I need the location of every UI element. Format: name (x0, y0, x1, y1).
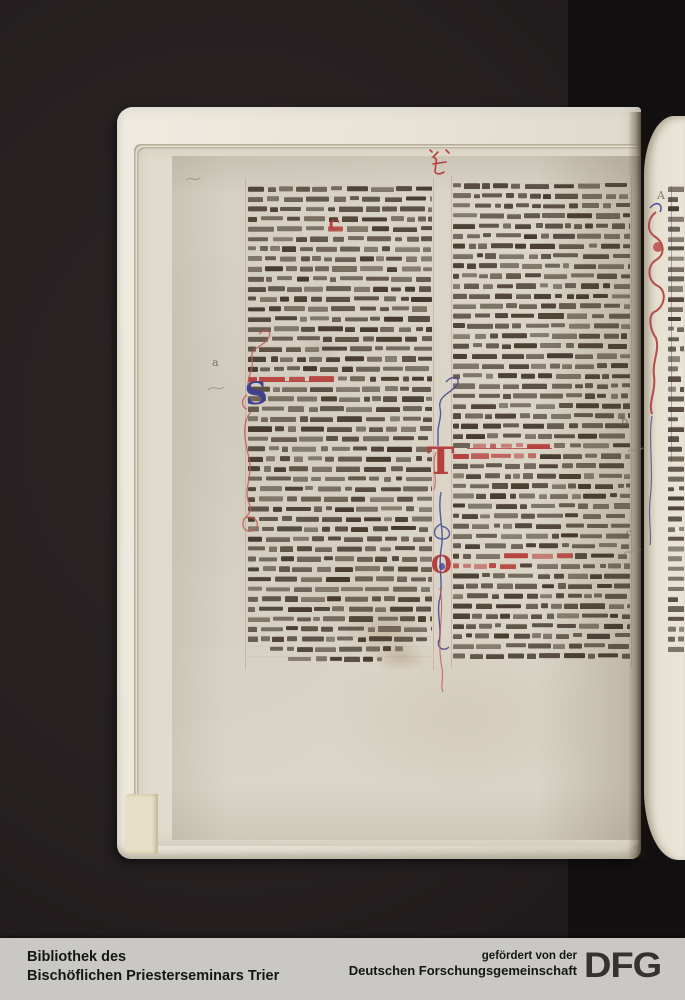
text-line (668, 316, 684, 322)
text-line (248, 506, 432, 512)
text-word (306, 197, 329, 202)
text-word (303, 366, 317, 371)
text-word (338, 457, 362, 462)
text-line (248, 526, 432, 532)
text-word (360, 256, 374, 261)
text-word (332, 266, 357, 272)
text-word (335, 567, 353, 572)
text-word (575, 354, 593, 359)
text-word (668, 257, 684, 261)
text-word (578, 484, 591, 489)
text-word (538, 434, 552, 439)
text-word (355, 487, 376, 492)
text-word (591, 554, 614, 558)
text-line (248, 276, 432, 282)
text-word (553, 284, 563, 289)
text-word (259, 496, 283, 501)
text-word (597, 274, 617, 279)
text-line (668, 446, 684, 452)
text-word (480, 214, 504, 219)
text-word (396, 457, 412, 462)
text-line (248, 476, 432, 482)
text-word (288, 657, 311, 661)
text-word (279, 566, 290, 572)
text-word (513, 393, 537, 398)
text-word (610, 493, 617, 497)
text-word (597, 394, 605, 398)
text-word (370, 497, 394, 502)
text-word (541, 254, 552, 259)
text-word (248, 197, 263, 202)
text-word (266, 277, 272, 282)
text-word (522, 384, 548, 389)
text-word (412, 306, 427, 312)
text-word (580, 603, 605, 609)
text-word (503, 423, 518, 427)
text-word (529, 254, 538, 259)
text-word (297, 336, 320, 340)
text-line (668, 206, 684, 212)
text-word (490, 273, 502, 279)
text-word (325, 477, 345, 481)
text-word (668, 206, 679, 211)
text-word (405, 366, 428, 371)
text-word (597, 384, 608, 389)
text-word (494, 634, 509, 639)
text-word (478, 244, 487, 250)
text-word (527, 594, 537, 599)
text-word (668, 366, 678, 371)
text-word (334, 197, 346, 202)
text-word (534, 294, 551, 299)
text-word (285, 596, 298, 602)
verso-column-1 (248, 186, 432, 666)
text-word (286, 626, 298, 630)
text-word (248, 256, 262, 261)
text-word (401, 537, 409, 542)
text-word (248, 227, 274, 232)
text-word (385, 197, 403, 202)
text-line (248, 356, 432, 362)
text-word (274, 367, 284, 371)
text-word (606, 514, 625, 518)
text-word (285, 487, 303, 491)
text-word (514, 343, 537, 348)
recto-margin-letter-A: A (657, 189, 665, 202)
text-word (349, 607, 373, 612)
text-word (328, 207, 335, 211)
text-word (525, 184, 550, 189)
text-word (453, 413, 461, 419)
text-line (248, 396, 432, 402)
text-word (547, 353, 573, 358)
text-word (453, 254, 473, 259)
text-word (339, 207, 363, 212)
text-word (470, 484, 489, 488)
text-line (248, 286, 432, 292)
text-word (505, 474, 511, 479)
text-word (313, 276, 326, 280)
text-line (248, 376, 432, 382)
text-word (668, 597, 678, 602)
text-word (543, 194, 551, 199)
text-word (260, 297, 277, 302)
text-line (668, 286, 684, 292)
text-word (515, 523, 532, 528)
text-word (552, 484, 566, 489)
text-word (270, 246, 281, 251)
text-word (526, 543, 536, 547)
text-word (408, 316, 430, 322)
text-word (465, 414, 483, 419)
text-word (567, 294, 574, 299)
text-word (474, 194, 480, 198)
text-word (262, 527, 274, 531)
text-word (532, 623, 554, 627)
text-line (248, 206, 432, 212)
text-line (248, 456, 432, 462)
text-word (556, 634, 569, 639)
text-word (419, 527, 428, 532)
text-word (354, 287, 370, 292)
recto-margin-letter-b: b (621, 415, 628, 428)
text-line (453, 243, 630, 249)
text-word (376, 337, 402, 342)
text-word (453, 634, 462, 639)
text-word (333, 237, 345, 242)
text-word (668, 397, 684, 402)
text-word (590, 574, 602, 579)
text-line (453, 413, 630, 419)
text-word (525, 273, 541, 277)
text-word (453, 203, 470, 207)
text-word (248, 437, 268, 441)
text-word (462, 273, 476, 277)
text-word (384, 596, 395, 601)
text-line (668, 336, 684, 342)
text-word (490, 334, 498, 339)
text-word (599, 543, 618, 547)
text-word (453, 524, 469, 529)
text-word (523, 424, 543, 429)
blue-margin-initial: S (244, 378, 268, 410)
text-word (668, 337, 679, 341)
text-line (453, 383, 630, 389)
text-word (431, 627, 432, 631)
text-word (261, 627, 284, 631)
text-word (584, 473, 594, 479)
text-word (268, 187, 276, 192)
text-word (610, 614, 618, 618)
text-line (453, 313, 630, 319)
text-word (504, 204, 512, 209)
text-line (453, 303, 630, 309)
text-line (453, 553, 630, 559)
text-line (453, 193, 630, 199)
text-word (411, 577, 427, 581)
text-line (453, 283, 630, 289)
text-word (552, 534, 559, 539)
text-word (485, 473, 500, 478)
text-word (345, 317, 368, 321)
text-word (502, 344, 511, 349)
text-word (668, 436, 679, 442)
text-line (668, 346, 684, 352)
text-word (310, 387, 333, 392)
text-word (421, 226, 432, 230)
text-word (377, 657, 382, 661)
text-word (300, 267, 313, 272)
text-word (578, 434, 597, 439)
text-line (248, 406, 432, 412)
text-line (248, 386, 432, 392)
text-word (248, 206, 267, 211)
text-word (332, 447, 350, 451)
text-word (594, 594, 602, 598)
text-line (668, 636, 684, 642)
text-word (668, 487, 674, 491)
text-line (668, 256, 684, 262)
text-word (314, 607, 330, 611)
text-word (383, 367, 403, 371)
text-word (318, 326, 343, 331)
text-word (582, 423, 604, 428)
text-word (553, 644, 565, 649)
text-word (510, 494, 517, 499)
text-word (321, 396, 337, 401)
text-word (308, 456, 322, 460)
text-line (453, 353, 630, 359)
text-word (453, 644, 474, 649)
text-word (502, 354, 524, 359)
text-word (453, 554, 459, 559)
text-word (471, 404, 497, 409)
text-word (378, 617, 398, 621)
text-word (301, 497, 321, 502)
text-word (390, 416, 400, 421)
text-word (479, 224, 500, 228)
text-word (382, 246, 391, 251)
text-word (552, 334, 576, 339)
text-line (453, 473, 630, 479)
text-word (668, 467, 684, 472)
text-word (315, 547, 333, 552)
text-word (301, 427, 324, 432)
text-word (499, 403, 508, 408)
text-line (668, 306, 684, 312)
column-ruling-line (245, 178, 246, 670)
text-line (248, 256, 432, 262)
text-word (582, 203, 599, 208)
text-line (248, 566, 432, 572)
text-word (248, 577, 271, 581)
text-line (668, 606, 684, 612)
text-line (248, 186, 432, 192)
text-line (668, 296, 684, 302)
text-word (604, 624, 623, 629)
text-word (332, 606, 345, 611)
text-word (470, 464, 484, 468)
text-word (297, 557, 321, 562)
text-line (453, 453, 630, 459)
text-word (680, 387, 684, 392)
text-word (578, 343, 603, 348)
text-word (500, 263, 519, 268)
text-word (516, 443, 523, 447)
text-word (453, 364, 479, 369)
text-word (421, 587, 430, 592)
text-line (453, 483, 630, 489)
text-word (584, 594, 592, 598)
text-word (668, 567, 684, 571)
text-word (425, 597, 432, 602)
text-word (362, 387, 380, 393)
text-word (264, 466, 271, 472)
text-word (423, 267, 431, 271)
text-line (248, 536, 432, 542)
text-word (289, 466, 308, 471)
text-word (248, 637, 258, 643)
text-word (602, 374, 610, 379)
text-word (496, 504, 517, 509)
text-word (248, 487, 256, 491)
text-word (595, 413, 614, 418)
text-word (532, 633, 541, 638)
text-word (297, 647, 313, 652)
text-line (248, 626, 432, 632)
text-word (500, 564, 516, 569)
text-word (540, 454, 561, 459)
text-word (531, 614, 542, 619)
text-word (598, 264, 624, 269)
text-word (533, 414, 547, 419)
text-word (510, 403, 531, 407)
text-word (248, 426, 272, 432)
text-word (356, 427, 367, 432)
text-word (323, 616, 345, 621)
text-word (261, 216, 283, 220)
text-word (284, 197, 303, 202)
text-word (453, 274, 459, 279)
text-word (305, 347, 318, 352)
page-block-fore-edge (125, 794, 158, 854)
text-word (561, 564, 580, 569)
text-word (363, 436, 388, 441)
text-word (506, 624, 527, 629)
text-word (565, 223, 571, 228)
text-word (320, 406, 344, 411)
text-word (453, 504, 465, 508)
text-word (395, 237, 402, 241)
text-word (668, 187, 684, 192)
text-word (287, 647, 295, 651)
text-word (572, 544, 596, 548)
text-word (366, 457, 391, 462)
text-word (347, 186, 368, 191)
text-word (288, 426, 297, 432)
text-word (350, 376, 365, 381)
text-word (342, 367, 353, 372)
text-line (248, 306, 432, 312)
text-word (470, 654, 483, 659)
recto-edge-column (668, 186, 684, 656)
text-word (384, 296, 396, 301)
text-word (579, 334, 601, 339)
text-word (339, 397, 360, 402)
text-line (453, 603, 630, 609)
text-word (335, 337, 358, 342)
text-word (495, 204, 501, 208)
text-word (526, 534, 548, 539)
text-word (321, 446, 328, 451)
text-word (464, 183, 480, 189)
text-word (261, 417, 267, 422)
text-word (263, 566, 276, 571)
library-caption-line1: Bibliothek des (27, 948, 279, 967)
text-word (390, 607, 413, 612)
text-word (313, 617, 320, 621)
text-line (453, 503, 630, 509)
text-line (453, 643, 630, 649)
text-line (668, 326, 684, 332)
text-word (294, 296, 307, 302)
text-word (248, 546, 265, 550)
text-word (453, 543, 461, 548)
text-word (248, 557, 256, 562)
text-word (668, 227, 680, 232)
text-word (524, 234, 537, 239)
text-word (608, 564, 621, 569)
text-word (259, 607, 284, 611)
text-word (316, 247, 338, 252)
text-word (453, 614, 470, 620)
text-word (521, 514, 534, 519)
text-word (286, 347, 302, 352)
text-word (600, 564, 606, 568)
text-line (248, 556, 432, 562)
text-word (668, 376, 681, 382)
text-word (269, 446, 279, 450)
text-word (581, 283, 599, 289)
text-line (668, 626, 684, 632)
text-word (315, 587, 339, 592)
text-line (248, 196, 432, 202)
text-word (282, 246, 296, 252)
text-word (599, 474, 622, 478)
text-line (668, 646, 684, 652)
text-word (503, 224, 511, 229)
text-word (482, 193, 502, 197)
text-line (453, 613, 630, 619)
text-word (340, 276, 363, 280)
text-word (668, 457, 684, 462)
text-word (524, 213, 539, 218)
text-word (280, 456, 290, 461)
text-word (538, 313, 564, 319)
text-word (530, 244, 556, 249)
text-word (280, 257, 296, 262)
text-word (503, 384, 519, 389)
text-word (601, 244, 620, 249)
text-word (273, 387, 281, 392)
text-word (403, 406, 422, 411)
text-line (668, 576, 684, 582)
text-word (492, 594, 500, 599)
text-word (402, 267, 421, 272)
library-caption-line2: Bischöflichen Priesterseminars Trier (27, 967, 279, 986)
text-word (265, 256, 276, 260)
text-word (516, 283, 537, 289)
